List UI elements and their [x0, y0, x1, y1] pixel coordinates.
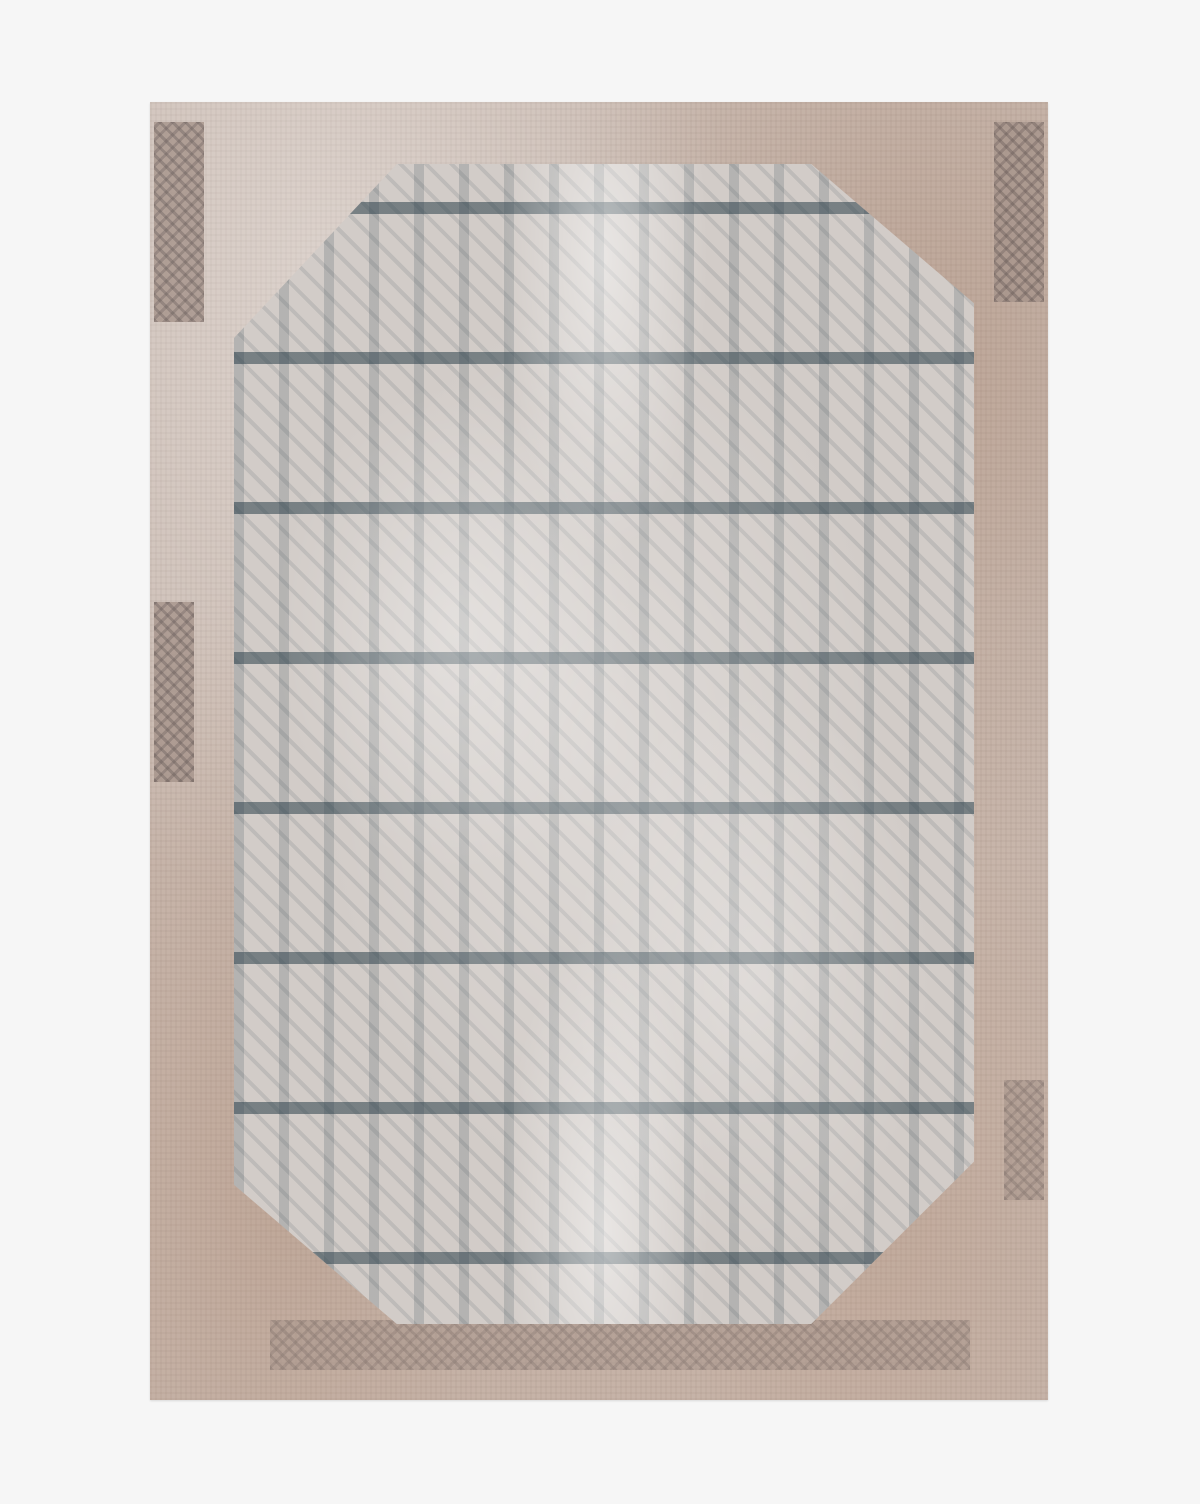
rug-border-pattern-left-top	[154, 122, 204, 322]
rug-border-pattern-right-top	[994, 122, 1044, 302]
rug-medallion-highlights	[234, 164, 974, 1324]
rug	[150, 102, 1048, 1400]
rug-border-pattern-bottom	[270, 1320, 970, 1370]
rug-border-pattern-right-bottom	[1004, 1080, 1044, 1200]
rug-border-pattern-left-mid	[154, 602, 194, 782]
